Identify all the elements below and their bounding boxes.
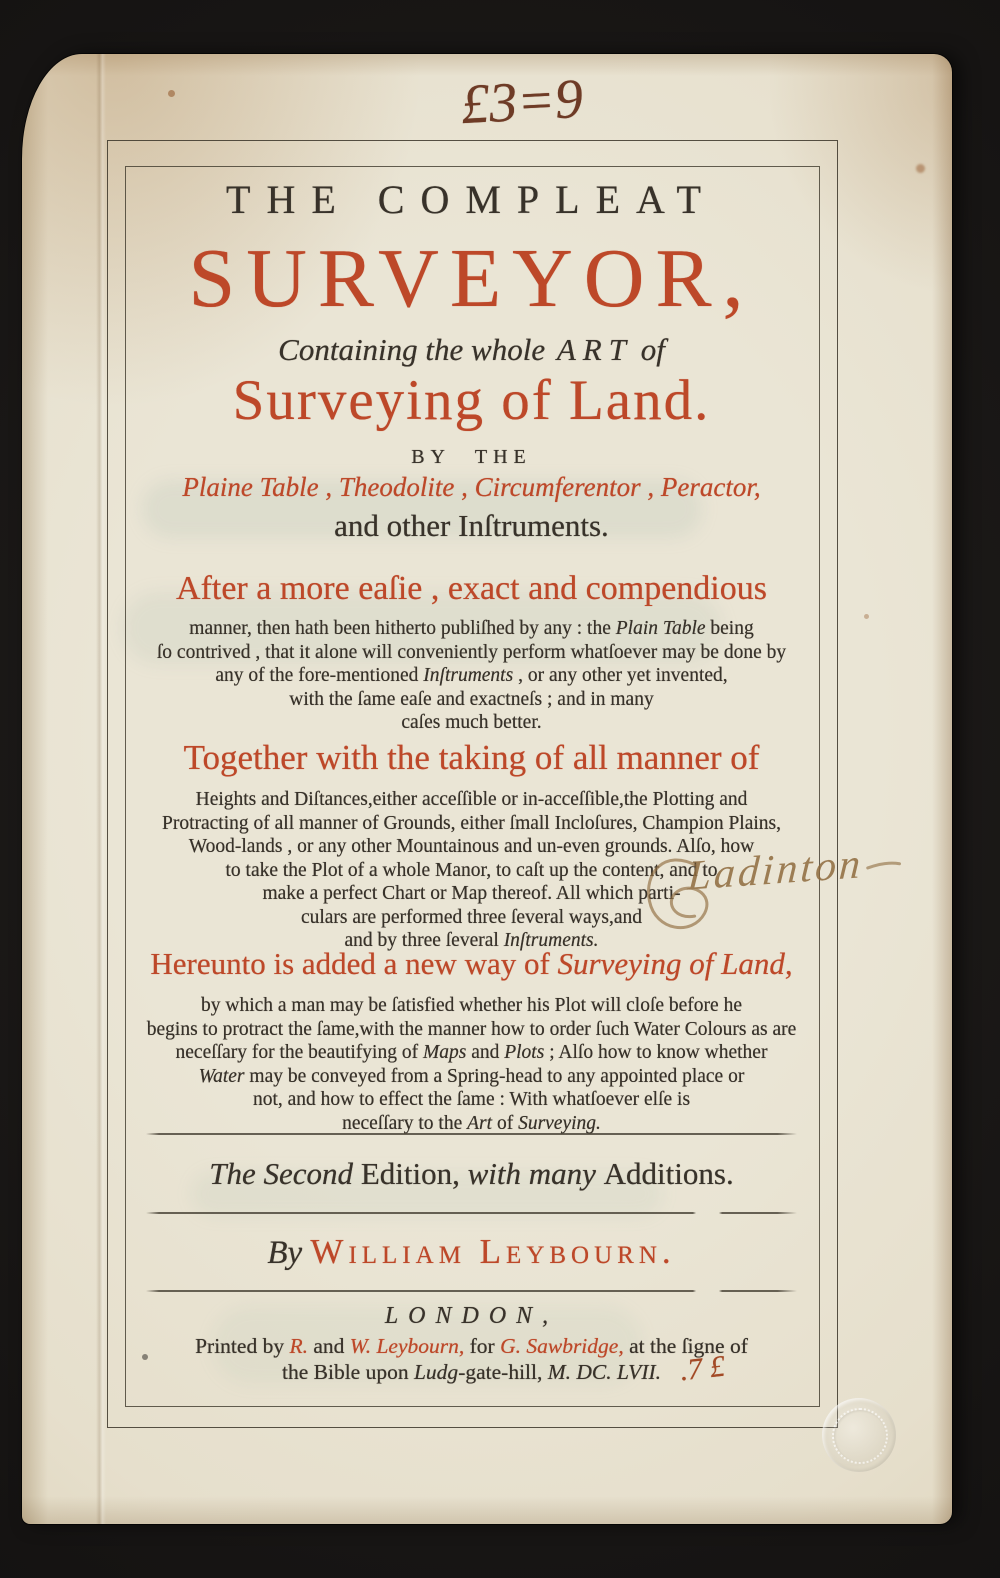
instruments-line: Plaine Table , Theodolite , Circumferent… bbox=[125, 472, 818, 503]
owner-signature: Ladinton bbox=[633, 820, 931, 958]
text-line: Water may be conveyed from a Spring-head… bbox=[125, 1065, 818, 1089]
embossed-stamp-ring bbox=[832, 1408, 888, 1464]
edition-statement: The Second Edition, with many Additions. bbox=[125, 1156, 818, 1192]
foxing-spot bbox=[916, 164, 925, 173]
horizontal-rule bbox=[146, 1133, 797, 1135]
foxing-spot bbox=[864, 614, 869, 619]
text-line: Protracting of all manner of Grounds, ei… bbox=[125, 812, 818, 836]
author-by: By bbox=[267, 1235, 310, 1271]
section1-paragraph: manner, then hath been hitherto publiſhe… bbox=[125, 617, 818, 735]
main-title: SURVEYOR, bbox=[125, 230, 818, 327]
text-line: by which a man may be ſatisfied whether … bbox=[125, 994, 818, 1018]
horizontal-rule bbox=[146, 1290, 797, 1292]
embossed-stamp bbox=[822, 1398, 896, 1472]
book-page: £3=9 THE COMPLEAT SURVEYOR, Containing t… bbox=[22, 54, 952, 1524]
text-line: Heights and Diſtances,either acceſſible … bbox=[125, 788, 818, 812]
subtitle: Surveying of Land. bbox=[125, 368, 818, 433]
page-gutter-crease bbox=[96, 54, 106, 1524]
section3-paragraph: by which a man may be ſatisfied whether … bbox=[125, 994, 818, 1135]
text-line: neceſſary for the beautifying of Maps an… bbox=[125, 1041, 818, 1065]
section2-heading: Together with the taking of all manner o… bbox=[125, 738, 818, 778]
horizontal-rule bbox=[146, 1212, 797, 1214]
text-line: any of the fore-mentioned Inſtruments , … bbox=[125, 664, 818, 688]
author-line: By William Leybourn. bbox=[125, 1232, 818, 1272]
photograph-background: £3=9 THE COMPLEAT SURVEYOR, Containing t… bbox=[0, 0, 1000, 1578]
text-line: ſo contrived , that it alone will conven… bbox=[125, 641, 818, 665]
text-line: neceſſary to the Art of Surveying. bbox=[125, 1112, 818, 1136]
other-instruments-line: and other Inſtruments. bbox=[125, 508, 818, 544]
title-page-content: THE COMPLEAT SURVEYOR, Containing the wh… bbox=[125, 54, 818, 1524]
text-line: manner, then hath been hitherto publiſhe… bbox=[125, 617, 818, 641]
containing-line: Containing the whole ART of bbox=[125, 332, 818, 368]
text-line: not, and how to effect the ſame : With w… bbox=[125, 1088, 818, 1112]
text-line: caſes much better. bbox=[125, 711, 818, 735]
author-name: William Leybourn. bbox=[310, 1232, 675, 1271]
text-line: begins to protract the ſame,with the man… bbox=[125, 1018, 818, 1042]
text-line: with the ſame eaſe and exactneſs ; and i… bbox=[125, 688, 818, 712]
pretitle: THE COMPLEAT bbox=[125, 176, 818, 223]
imprint-city: LONDON, bbox=[125, 1303, 818, 1330]
section1-heading: After a more eaſie , exact and compendio… bbox=[125, 570, 818, 608]
handwritten-price-mark: .7 £ bbox=[678, 1350, 726, 1389]
by-the-line: BY THE bbox=[125, 446, 818, 469]
